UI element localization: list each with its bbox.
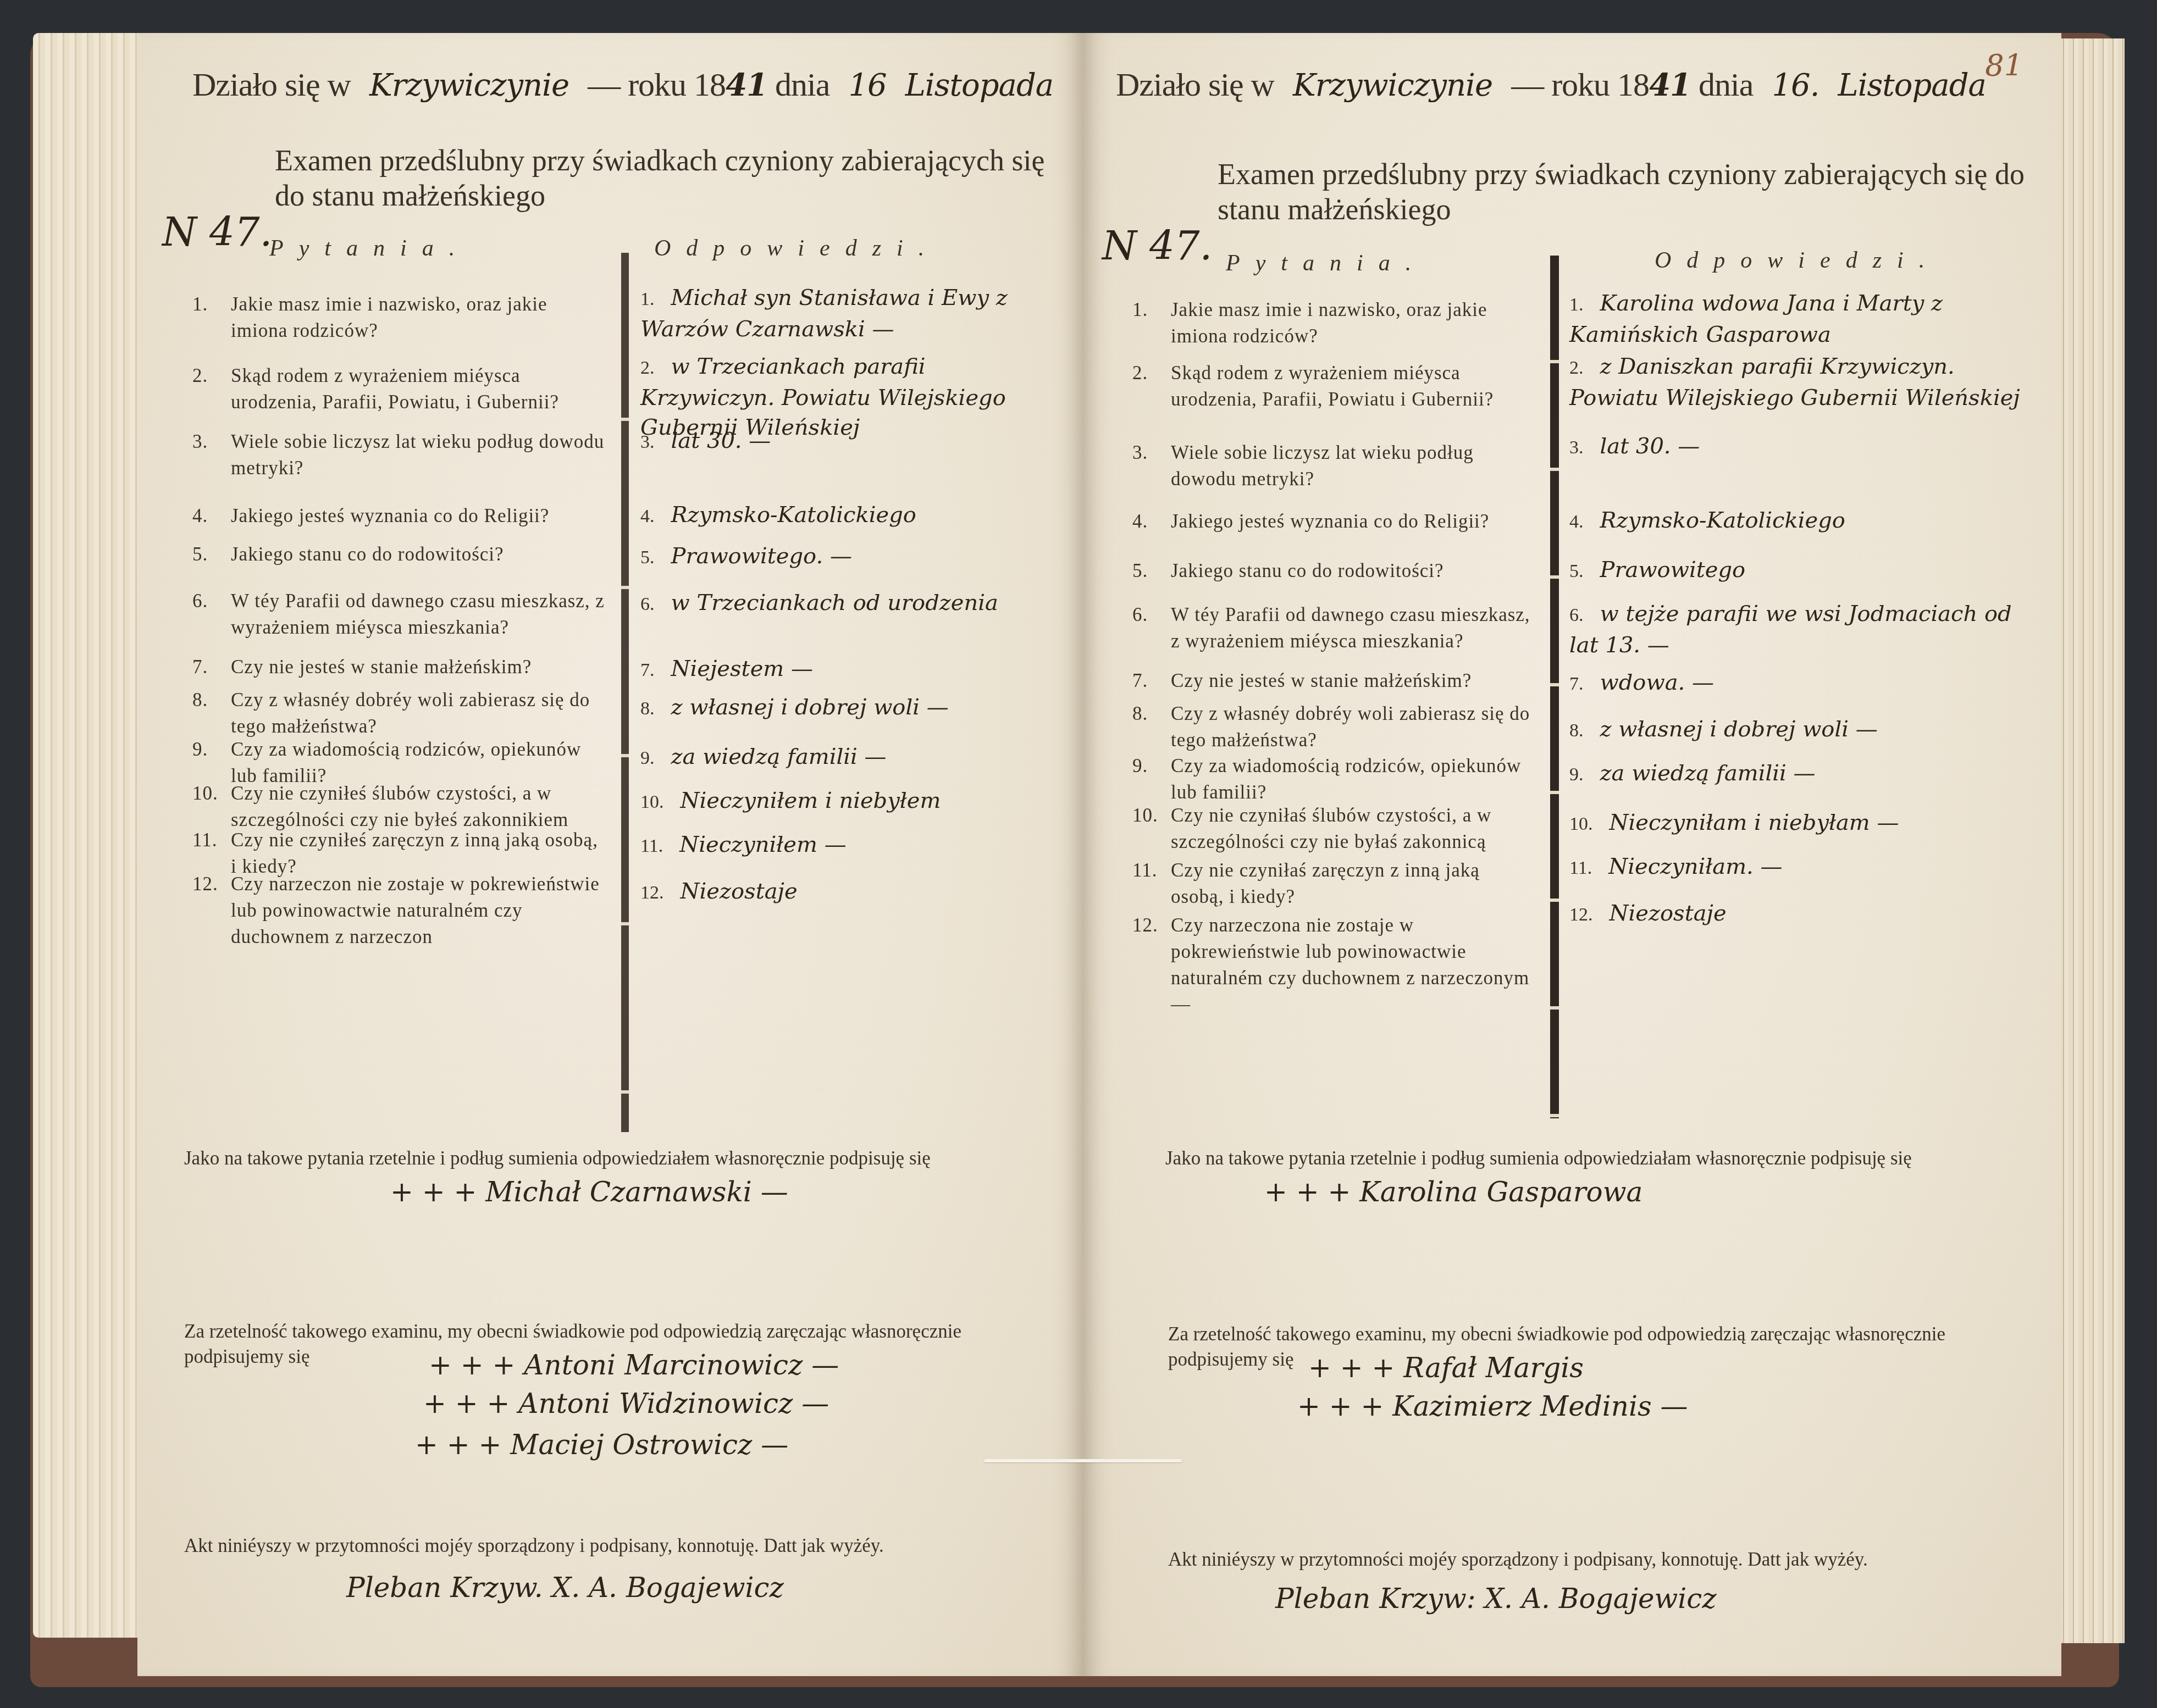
answer-12: 12.Niezostaje — [1569, 899, 2020, 930]
answer-5: 5.Prawowitego. — — [640, 541, 1058, 573]
entry-number: N 47. — [162, 209, 272, 255]
question-9: 9.Czy za wiadomością rodziców, opiekunów… — [1171, 753, 1534, 806]
answers-heading: Odpowiedzi. — [1655, 247, 1940, 274]
answer-2: 2.z Daniszkan parafii Krzywiczyn. Powiat… — [1569, 352, 2020, 413]
question-6: 6.W téy Parafii od dawnego czasu mieszka… — [231, 588, 605, 641]
question-12: 12.Czy narzeczona nie zostaje w pokrewie… — [1171, 912, 1534, 1018]
record-header: Działo się w Krzywiczynie — roku 1841 dn… — [192, 66, 1039, 104]
header-prefix: Działo się w — [192, 66, 351, 103]
right-page: 81 Działo się w Krzywiczynie — roku 1841… — [1083, 33, 2061, 1676]
answer-11: 11.Nieczyniłam. — — [1569, 852, 2020, 883]
question-5: 5.Jakiego stanu co do rodowitości? — [231, 541, 605, 568]
witness-signature-2: + + + Antoni Widzinowicz — — [423, 1388, 829, 1419]
question-10: 10.Czy nie czyniłaś ślubów czystości, a … — [1171, 802, 1534, 855]
answer-10: 10.Nieczyniłam i niebyłam — — [1569, 808, 2020, 839]
header-month: Listopada — [1838, 68, 1986, 103]
answer-8: 8.z własnej i dobrej woli — — [640, 692, 1058, 724]
priest-signature: Pleban Krzyw. X. A. Bogajewicz — [346, 1572, 784, 1604]
header-day-label: dnia — [775, 66, 829, 103]
header-month: Listopada — [905, 68, 1054, 103]
question-10: 10.Czy nie czyniłeś ślubów czystości, a … — [231, 780, 605, 833]
form-title: Examen przedślubny przy świadkach czynio… — [275, 143, 1050, 213]
answer-8: 8.z własnej i dobrej woli — — [1569, 714, 2020, 746]
witness-signature-1: + + + Rafał Margis — [1308, 1352, 1584, 1384]
closing-text: Akt niniéyszy w przytomności mojéy sporz… — [184, 1533, 1009, 1559]
question-3: 3.Wiele sobie liczysz lat wieku podług d… — [231, 429, 605, 481]
declarant-signature: + + + Karolina Gasparowa — [1264, 1176, 1642, 1208]
priest-signature: Pleban Krzyw: X. A. Bogajewicz — [1275, 1583, 1717, 1615]
answer-6: 6.w tejże parafii we wsi Jodmaciach od l… — [1569, 599, 2020, 660]
question-2: 2.Skąd rodem z wyrażeniem miéysca urodze… — [231, 363, 605, 415]
question-1: 1.Jakie masz imie i nazwisko, oraz jakie… — [1171, 297, 1534, 350]
question-8: 8.Czy z własnéy dobréy woli zabierasz si… — [1171, 701, 1534, 753]
header-place: Krzywiczynie — [369, 68, 569, 103]
answer-9: 9.za wiedzą familii — — [640, 742, 1058, 773]
answer-4: 4.Rzymsko-Katolickiego — [1569, 506, 2020, 537]
header-year: 41 — [726, 67, 767, 103]
answer-3: 3.lat 30. — — [640, 426, 1058, 457]
answer-1: 1.Michał syn Stanisława i Ewy z Warzów C… — [640, 283, 1058, 344]
page-edges-left — [33, 33, 137, 1638]
header-day: 16 — [848, 68, 886, 103]
closing-text: Akt niniéyszy w przytomności mojéy sporz… — [1168, 1547, 2004, 1572]
declaration-text: Jako na takowe pytania rzetelnie i podłu… — [1165, 1146, 1984, 1171]
answer-9: 9.za wiedzą familii — — [1569, 758, 2020, 790]
answer-7: 7.wdowa. — — [1569, 668, 2020, 699]
header-year-label: — roku 18 — [588, 66, 726, 103]
answer-6: 6.w Trzeciankach od urodzenia — [640, 588, 1058, 619]
question-1: 1.Jakie masz imie i nazwisko, oraz jakie… — [231, 291, 605, 344]
witness-signature-1: + + + Antoni Marcinowicz — — [429, 1349, 839, 1381]
column-divider — [621, 253, 629, 1132]
question-8: 8.Czy z własnéy dobréy woli zabierasz si… — [231, 687, 605, 740]
witness-signature-3: + + + Maciej Ostrowicz — — [415, 1429, 788, 1461]
answer-11: 11.Nieczyniłem — — [640, 830, 1058, 861]
answer-5: 5.Prawowitego — [1569, 555, 2020, 586]
question-11: 11.Czy nie czyniłaś zaręczyn z inną jaką… — [1171, 857, 1534, 910]
question-7: 7.Czy nie jesteś w stanie małżeńskim? — [1171, 668, 1534, 694]
answers-heading: Odpowiedzi. — [654, 235, 939, 262]
answer-3: 3.lat 30. — — [1569, 431, 2020, 463]
question-4: 4.Jakiego jesteś wyznania co do Religii? — [1171, 508, 1534, 535]
question-12: 12.Czy narzeczon nie zostaje w pokrewień… — [231, 871, 605, 950]
answer-1: 1.Karolina wdowa Jana i Marty z Kamiński… — [1569, 289, 2020, 350]
declaration-text: Jako na takowe pytania rzetelnie i podłu… — [184, 1146, 970, 1171]
header-year: 41 — [1649, 67, 1691, 103]
header-prefix: Działo się w — [1116, 66, 1274, 103]
declarant-signature: + + + Michał Czarnawski — — [390, 1176, 788, 1208]
question-3: 3.Wiele sobie liczysz lat wieku podług d… — [1171, 440, 1534, 492]
header-day-label: dnia — [1699, 66, 1753, 103]
answer-7: 7.Niejestem — — [640, 654, 1058, 685]
witness-signature-2: + + + Kazimierz Medinis — — [1297, 1390, 1688, 1422]
binding-thread — [984, 1459, 1182, 1462]
question-6: 6.W téy Parafii od dawnego czasu mieszka… — [1171, 602, 1534, 655]
question-2: 2.Skąd rodem z wyrażeniem miéysca urodze… — [1171, 360, 1534, 413]
header-place: Krzywiczynie — [1293, 68, 1492, 103]
record-header: Działo się w Krzywiczynie — roku 1841 dn… — [1116, 66, 2017, 104]
column-divider — [1550, 256, 1559, 1118]
question-7: 7.Czy nie jesteś w stanie małżeńskim? — [231, 654, 605, 680]
left-page: Działo się w Krzywiczynie — roku 1841 dn… — [137, 33, 1083, 1676]
answer-4: 4.Rzymsko-Katolickiego — [640, 500, 1058, 531]
question-5: 5.Jakiego stanu co do rodowitości? — [1171, 558, 1534, 584]
questions-heading: Pytania. — [269, 235, 470, 262]
questions-heading: Pytania. — [1226, 250, 1426, 276]
form-title: Examen przedślubny przy świadkach czynio… — [1218, 157, 2028, 227]
answer-10: 10.Nieczyniłem i niebyłem — [640, 786, 1058, 817]
answer-12: 12.Niezostaje — [640, 877, 1058, 908]
header-year-label: — roku 18 — [1511, 66, 1649, 103]
header-day: 16. — [1772, 68, 1819, 103]
entry-number: N 47. — [1102, 223, 1212, 269]
question-4: 4.Jakiego jesteś wyznania co do Religii? — [231, 503, 605, 529]
page-edges-right — [2059, 38, 2125, 1643]
